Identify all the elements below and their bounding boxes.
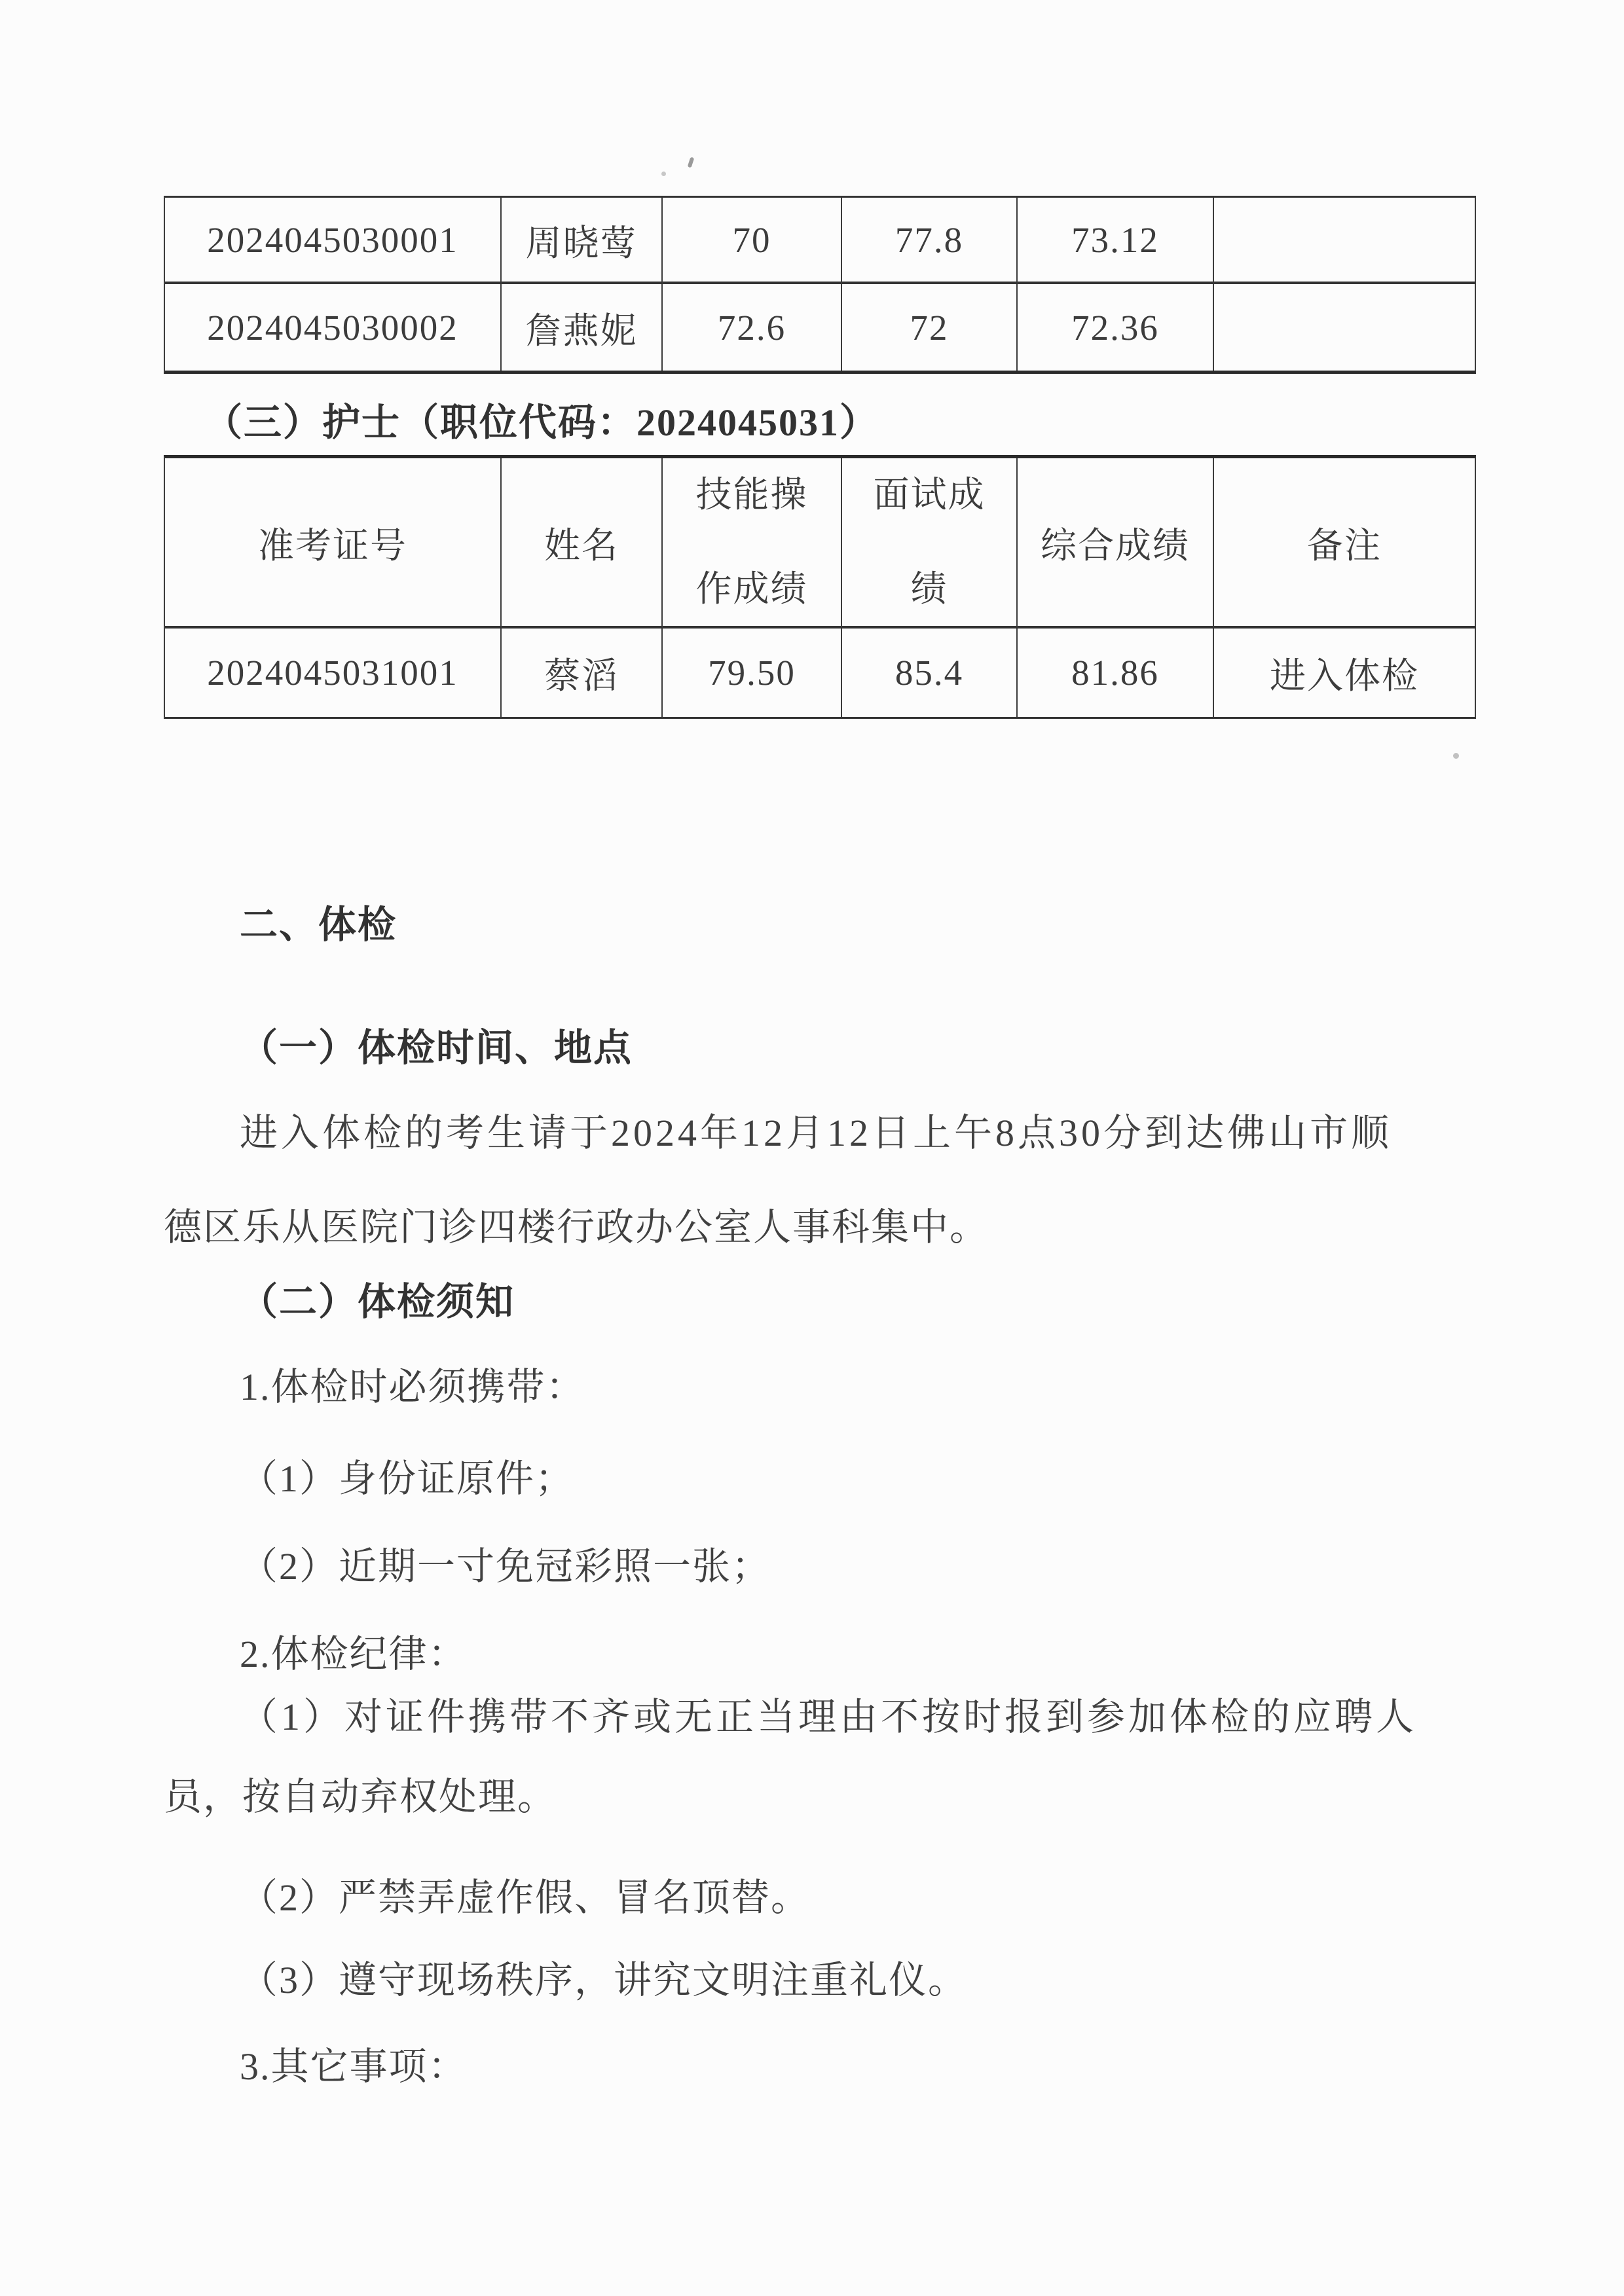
list-item-1-1: （1）身份证原件； [240,1459,574,1499]
list-item-3: 3.其它事项： [240,2047,468,2087]
document-page: 2024045030001 周晓莺 70 77.8 73.12 20240450… [0,0,1624,2296]
list-item-1: 1.体检时必须携带： [240,1367,585,1408]
cell-skill: 70 [663,198,842,284]
cell-name: 詹燕妮 [502,284,663,371]
cell-overall: 72.36 [1018,284,1214,371]
header-remark: 备注 [1214,458,1475,629]
scan-speck [661,172,666,176]
header-skill-score: 技能操 作成绩 [663,458,842,629]
scan-speck [1453,753,1459,759]
cell-overall: 73.12 [1018,198,1214,284]
cell-remark [1214,198,1475,284]
cell-overall: 81.86 [1018,629,1214,717]
list-item-2-1-line1: （1）对证件携带不齐或无正当理由不按时报到参加体检的应聘人 [240,1697,1417,1738]
nurse-section-heading: （三）护士（职位代码：2024045031） [204,392,879,446]
header-exam-id: 准考证号 [165,458,502,629]
scan-speck [688,156,695,168]
header-skill-line2: 作成绩 [695,570,807,608]
cell-exam-id: 2024045030002 [165,284,502,371]
cell-interview: 72 [842,284,1018,371]
cell-remark [1214,284,1475,371]
sub1-heading: （一）体检时间、地点 [240,1028,633,1068]
cell-interview: 85.4 [842,629,1018,717]
list-item-2-1-line2: 员，按自动弃权处理。 [164,1777,557,1817]
list-item-2: 2.体检纪律： [240,1634,468,1675]
cell-remark: 进入体检 [1214,629,1475,717]
cell-interview: 77.8 [842,198,1018,284]
score-table-continuation: 2024045030001 周晓莺 70 77.8 73.12 20240450… [164,196,1476,374]
list-item-1-2: （2）近期一寸免冠彩照一张； [240,1546,771,1587]
list-item-2-2: （2）严禁弄虚作假、冒名顶替。 [240,1878,810,1918]
cell-name: 周晓莺 [502,198,663,284]
para1-line2: 德区乐从医院门诊四楼行政办公室人事科集中。 [164,1207,989,1248]
header-overall: 综合成绩 [1018,458,1214,629]
header-name: 姓名 [502,458,663,629]
nurse-score-table: 准考证号 姓名 技能操 作成绩 面试成 绩 综合成绩 备注 2024045031… [164,455,1476,719]
cell-skill: 72.6 [663,284,842,371]
header-interview-line2: 绩 [910,570,948,608]
section2-heading: 二、体检 [240,905,397,945]
list-item-2-3: （3）遵守现场秩序，讲究文明注重礼仪。 [240,1960,967,2001]
cell-exam-id: 2024045031001 [165,629,502,717]
header-skill-line1: 技能操 [695,476,807,514]
header-interview-line1: 面试成 [873,476,985,514]
cell-name: 蔡滔 [502,629,663,717]
para1-line1: 进入体检的考生请于2024年12月12日上午8点30分到达佛山市顺 [240,1113,1392,1154]
header-interview-score: 面试成 绩 [842,458,1018,629]
cell-skill: 79.50 [663,629,842,717]
sub2-heading: （二）体检须知 [240,1282,515,1322]
cell-exam-id: 2024045030001 [165,198,502,284]
